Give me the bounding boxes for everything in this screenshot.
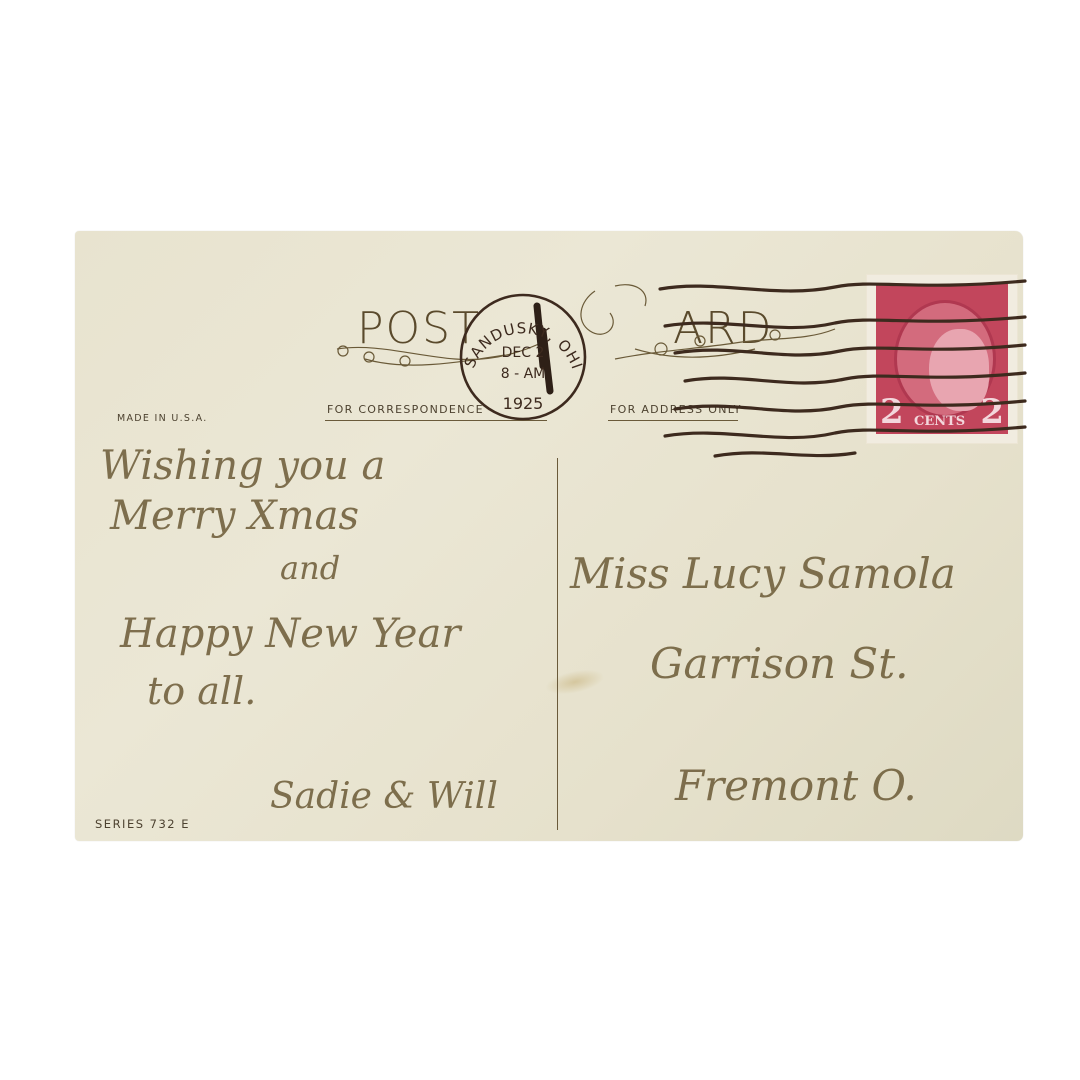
postmark-cancellation: SANDUSKY, OHIO DEC 2 8 - AM 1925 xyxy=(75,231,1023,841)
postmark-time: 8 - AM xyxy=(501,366,546,382)
postmark-date: DEC 2 xyxy=(502,345,545,361)
postmark-year: 1925 xyxy=(503,394,544,413)
postcard-back: POST ARD MADE IN U.S.A. FOR CORRESPONDEN… xyxy=(75,231,1023,841)
